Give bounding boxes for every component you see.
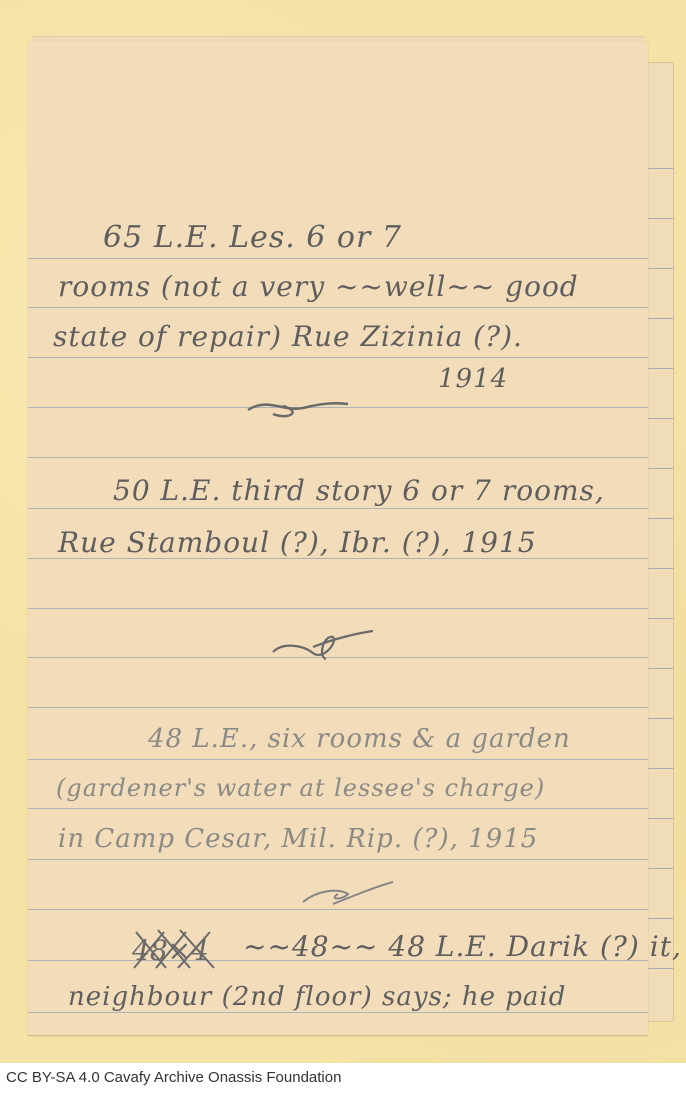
- entry-4-line-2: neighbour (2nd floor) says; he paid: [68, 982, 566, 1012]
- rule-line: [28, 859, 648, 860]
- rule-line: [28, 1012, 648, 1013]
- entry-1-line-2: rooms (not a very ~~well~~ good: [58, 270, 579, 303]
- entry-1-line-1: 65 L.E. Les. 6 or 7: [103, 220, 402, 255]
- entry-2-line-1: 50 L.E. third story 6 or 7 rooms,: [113, 474, 605, 507]
- entry-3-line-1: 48 L.E., six rooms & a garden: [148, 724, 571, 754]
- rule-line: [28, 707, 648, 708]
- rule-line: [28, 357, 648, 358]
- separator-flourish-3: [298, 880, 398, 910]
- entry-1-line-3: state of repair) Rue Zizinia (?).: [53, 320, 523, 353]
- notebook-page: 65 L.E. Les. 6 or 7 rooms (not a very ~~…: [28, 42, 648, 1036]
- rule-line: [28, 808, 648, 809]
- rule-line: [28, 457, 648, 458]
- separator-flourish-1: [243, 392, 353, 422]
- entry-2-line-2: Rue Stamboul (?), Ibr. (?), 1915: [58, 526, 537, 559]
- entry-3-line-2: (gardener's water at lessee's charge): [56, 774, 545, 802]
- rule-line: [28, 508, 648, 509]
- rule-line: [28, 759, 648, 760]
- entry-3-line-3: in Camp Cesar, Mil. Rip. (?), 1915: [58, 824, 538, 854]
- rule-line: [28, 258, 648, 259]
- entry-1-year: 1914: [438, 364, 508, 394]
- crossed-out-text: 48×4: [128, 924, 238, 972]
- credit-footer: CC BY-SA 4.0 Cavafy Archive Onassis Foun…: [6, 1069, 341, 1086]
- entry-4-line-1: ~~48~~ 48 L.E. Darik (?) it, my: [243, 930, 686, 963]
- separator-flourish-2: [268, 627, 378, 667]
- rule-line: [28, 307, 648, 308]
- rule-line: [28, 608, 648, 609]
